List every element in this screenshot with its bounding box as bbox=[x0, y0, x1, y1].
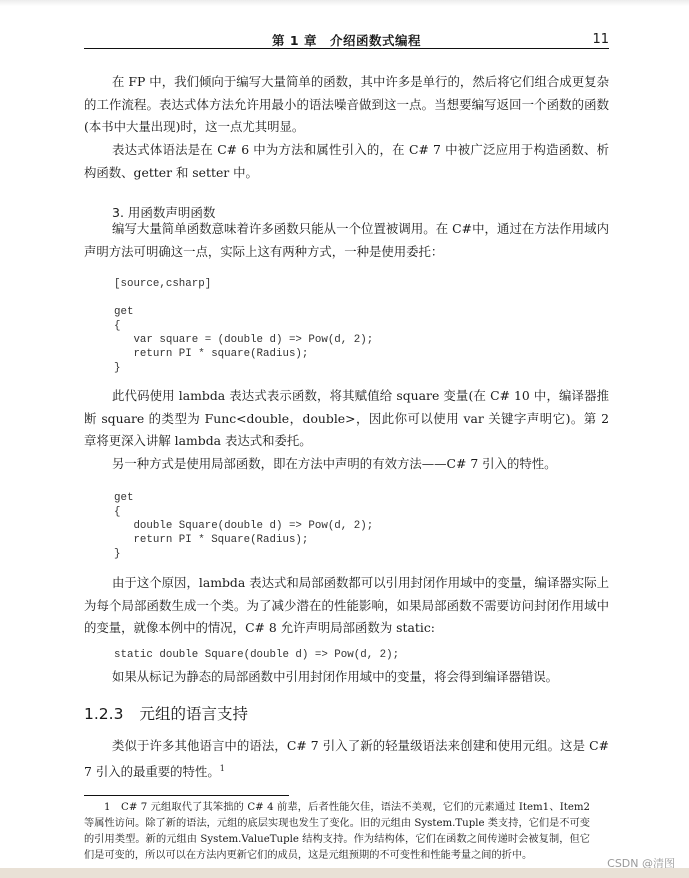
code-block-local-function: get { double Square(double d) => Pow(d, … bbox=[114, 491, 373, 561]
chapter-title: 第 1 章 介绍函数式编程 bbox=[84, 31, 609, 49]
paragraph-static-error: 如果从标记为静态的局部函数中引用封闭作用域中的变量，将会得到编译器错误。 bbox=[84, 666, 609, 689]
page-header: 第 1 章 介绍函数式编程 11 bbox=[84, 30, 609, 49]
paragraph-tuples-text: 类似于许多其他语言中的语法，C# 7 引入了新的轻量级语法来创建和使用元组。这是… bbox=[84, 738, 609, 779]
paragraph-tuples: 类似于许多其他语言中的语法，C# 7 引入了新的轻量级语法来创建和使用元组。这是… bbox=[84, 735, 609, 783]
code-block-delegate: [source,csharp] get { var square = (doub… bbox=[114, 277, 373, 375]
section-heading: 1.2.3元组的语言支持 bbox=[84, 702, 248, 724]
paragraph-lambda: 此代码使用 lambda 表达式表示函数，将其赋值给 square 变量(在 C… bbox=[84, 385, 609, 453]
page-number: 11 bbox=[592, 32, 609, 47]
paragraph-closure: 由于这个原因，lambda 表达式和局部函数都可以引用封闭作用域中的变量，编译器… bbox=[84, 572, 609, 640]
bottom-strip bbox=[0, 868, 689, 878]
footnote-divider bbox=[84, 795, 289, 796]
paragraph-expression-bodied: 表达式体语法是在 C# 6 中为方法和属性引入的，在 C# 7 中被广泛应用于构… bbox=[84, 139, 609, 184]
section-title: 元组的语言支持 bbox=[139, 705, 248, 723]
paragraph-scope: 编写大量简单函数意味着许多函数只能从一个位置被调用。在 C#中，通过在方法作用域… bbox=[84, 218, 609, 263]
paragraph-fp-intro: 在 FP 中，我们倾向于编写大量简单的函数，其中许多是单行的，然后将它们组合成更… bbox=[84, 71, 609, 139]
paragraph-local-function: 另一种方式是使用局部函数，即在方法中声明的有效方法——C# 7 引入的特性。 bbox=[84, 453, 609, 476]
footnote: 1 C# 7 元组取代了其笨拙的 C# 4 前辈，后者性能欠佳，语法不美观，它们… bbox=[84, 800, 590, 864]
top-shadow bbox=[0, 0, 689, 6]
footnote-ref[interactable]: 1 bbox=[220, 764, 225, 773]
section-number: 1.2.3 bbox=[84, 705, 123, 723]
code-block-static: static double Square(double d) => Pow(d,… bbox=[114, 648, 399, 662]
